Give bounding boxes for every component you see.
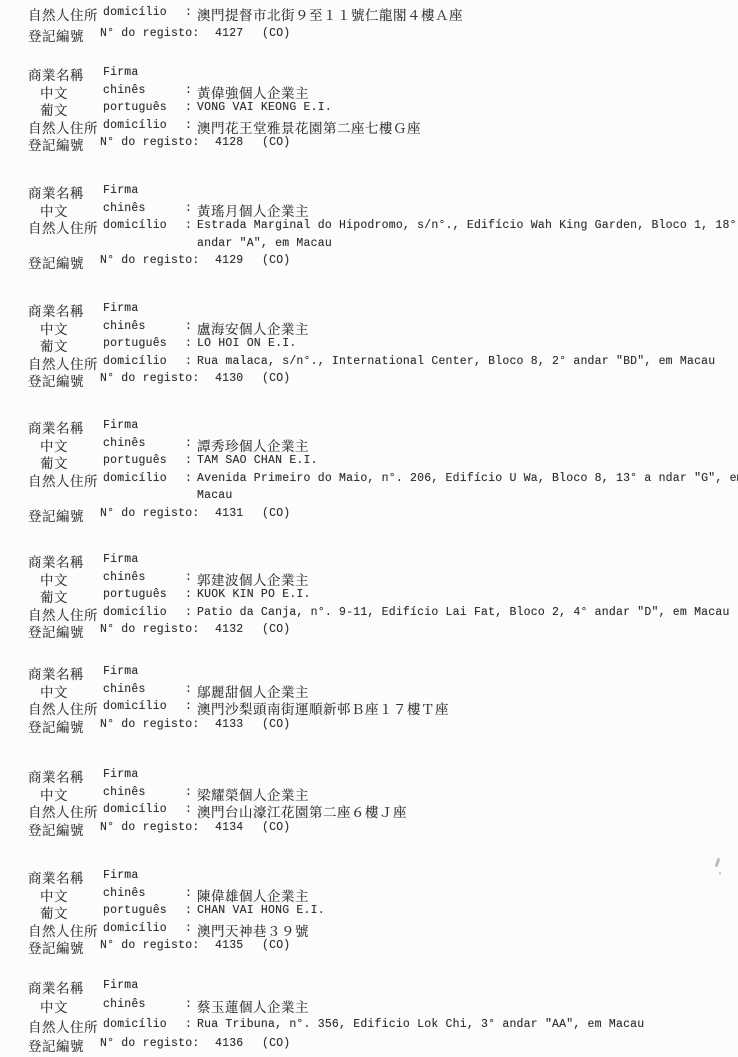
registration-row: 登記編號 N° do registo: 4134 (CO) — [0, 819, 738, 837]
registration-label-zh: 登記編號 — [28, 937, 84, 957]
colon-separator: : — [185, 320, 192, 333]
colon-separator: : — [185, 922, 192, 935]
registration-label-pt: N° do registo: — [100, 507, 199, 520]
registration-label-zh: 登記編號 — [28, 819, 84, 839]
registry-entry: 商業名稱 Firma 中文 chinês : 郭建波個人企業主 葡文 portu… — [0, 551, 738, 639]
business-name-row: 商業名稱 Firma — [0, 182, 738, 200]
business-name-label-pt: Firma — [103, 302, 139, 315]
address-label-pt: domicílio — [103, 6, 167, 19]
registration-row: 登記編號 N° do registo: 4129 (CO) — [0, 252, 738, 270]
address-row: 自然人住所 domicílio : Rua malaca, s/n°., Int… — [0, 353, 738, 371]
portuguese-label-pt: português — [103, 337, 167, 350]
address-row: 自然人住所 domicílio : 澳門花王堂雅景花園第二座七樓Ｇ座 — [0, 117, 738, 135]
registration-type: (CO) — [262, 372, 290, 385]
name-zh-value: 蔡玉蓮個人企業主 — [197, 996, 309, 1016]
address-value: Avenida Primeiro do Maio, n°. 206, Edifí… — [197, 472, 738, 485]
address-value: Patio da Canja, n°. 9-11, Edifício Lai F… — [197, 606, 730, 619]
registration-label-zh: 登記編號 — [28, 252, 84, 272]
address-label-pt: domicílio — [103, 700, 167, 713]
registration-label-pt: N° do registo: — [100, 254, 199, 267]
name-pt-value: KUOK KIN PO E.I. — [197, 588, 311, 601]
colon-separator: : — [185, 683, 192, 696]
name-pt-row: 葡文 português : TAM SAO CHAN E.I. — [0, 452, 738, 470]
registration-label-pt: N° do registo: — [100, 372, 199, 385]
business-name-label-pt: Firma — [103, 768, 139, 781]
name-zh-row: 中文 chinês : 黃偉強個人企業主 — [0, 82, 738, 100]
registration-row: 登記編號 N° do registo: 4130 (CO) — [0, 370, 738, 388]
registration-number: 4127 — [215, 27, 243, 40]
chinese-label-pt: chinês — [103, 571, 146, 584]
registration-label-pt: N° do registo: — [100, 136, 199, 149]
registration-type: (CO) — [262, 1037, 290, 1050]
name-pt-row: 葡文 português : VONG VAI KEONG E.I. — [0, 99, 738, 117]
registration-number: 4132 — [215, 623, 243, 636]
registry-entry: 商業名稱 Firma 中文 chinês : 蔡玉蓮個人企業主 自然人住所 do… — [0, 977, 738, 1055]
name-pt-value: CHAN VAI HONG E.I. — [197, 904, 325, 917]
registration-label-zh: 登記編號 — [28, 1035, 84, 1055]
chinese-label-pt: chinês — [103, 84, 146, 97]
registration-row: 登記編號 N° do registo: 4133 (CO) — [0, 716, 738, 734]
registration-label-zh: 登記編號 — [28, 370, 84, 390]
registration-label-zh: 登記編號 — [28, 716, 84, 736]
registration-number: 4128 — [215, 136, 243, 149]
registration-number: 4131 — [215, 507, 243, 520]
scan-artifact-speck — [719, 872, 721, 875]
address-row: 自然人住所 domicílio : 澳門沙梨頭南街運順新邨Ｂ座１７樓Ｔ座 — [0, 698, 738, 716]
business-name-label-pt: Firma — [103, 184, 139, 197]
colon-separator: : — [185, 101, 192, 114]
name-pt-value: VONG VAI KEONG E.I. — [197, 101, 332, 114]
registration-row: 登記編號 N° do registo: 4128 (CO) — [0, 134, 738, 152]
address-label-zh: 自然人住所 — [28, 4, 98, 24]
name-pt-row: 葡文 português : CHAN VAI HONG E.I. — [0, 902, 738, 920]
name-pt-value: TAM SAO CHAN E.I. — [197, 454, 318, 467]
registration-label-zh: 登記編號 — [28, 505, 84, 525]
address-value-continued: andar "A", em Macau — [197, 237, 332, 250]
colon-separator: : — [185, 887, 192, 900]
registry-entry: 商業名稱 Firma 中文 chinês : 鄔麗甜個人企業主 自然人住所 do… — [0, 663, 738, 733]
address-label-zh: 自然人住所 — [28, 1016, 98, 1036]
registration-type: (CO) — [262, 623, 290, 636]
business-name-label-pt: Firma — [103, 419, 139, 432]
colon-separator: : — [185, 6, 192, 19]
business-name-label-pt: Firma — [103, 553, 139, 566]
registration-type: (CO) — [262, 939, 290, 952]
address-value: Estrada Marginal do Hipodromo, s/n°., Ed… — [197, 219, 737, 232]
colon-separator: : — [185, 571, 192, 584]
registration-row: 登記編號 N° do registo: 4135 (CO) — [0, 937, 738, 955]
address-continuation-row: andar "A", em Macau — [0, 235, 738, 253]
business-name-label-pt: Firma — [103, 979, 139, 992]
name-zh-row: 中文 chinês : 陳偉雄個人企業主 — [0, 885, 738, 903]
name-zh-row: 中文 chinês : 郭建波個人企業主 — [0, 569, 738, 587]
registration-number: 4129 — [215, 254, 243, 267]
registration-row: 登記編號 N° do registo: 4136 (CO) — [0, 1035, 738, 1054]
colon-separator: : — [185, 588, 192, 601]
registration-row: 登記編號 N° do registo: 4127 (CO) — [0, 25, 738, 46]
address-row: 自然人住所 domicílio : Rua Tribuna, n°. 356, … — [0, 1016, 738, 1035]
colon-separator: : — [185, 786, 192, 799]
name-pt-row: 葡文 português : LO HOI ON E.I. — [0, 335, 738, 353]
colon-separator: : — [185, 84, 192, 97]
colon-separator: : — [185, 454, 192, 467]
chinese-label-pt: chinês — [103, 437, 146, 450]
chinese-label-zh: 中文 — [40, 996, 68, 1016]
address-row: 自然人住所 domicílio : Estrada Marginal do Hi… — [0, 217, 738, 235]
address-label-pt: domicílio — [103, 355, 167, 368]
business-name-row: 商業名稱 Firma — [0, 766, 738, 784]
colon-separator: : — [185, 437, 192, 450]
colon-separator: : — [185, 337, 192, 350]
registration-label-pt: N° do registo: — [100, 718, 199, 731]
name-zh-row: 中文 chinês : 鄔麗甜個人企業主 — [0, 681, 738, 699]
registration-number: 4130 — [215, 372, 243, 385]
business-name-row: 商業名稱 Firma — [0, 977, 738, 996]
business-name-row: 商業名稱 Firma — [0, 867, 738, 885]
business-name-label-pt: Firma — [103, 665, 139, 678]
colon-separator: : — [185, 998, 192, 1011]
address-label-pt: domicílio — [103, 119, 167, 132]
address-row: 自然人住所 domicílio : Patio da Canja, n°. 9-… — [0, 604, 738, 622]
registration-number: 4136 — [215, 1037, 243, 1050]
name-zh-row: 中文 chinês : 梁耀榮個人企業主 — [0, 784, 738, 802]
name-zh-row: 中文 chinês : 蔡玉蓮個人企業主 — [0, 996, 738, 1015]
address-value-continued: Macau — [197, 489, 233, 502]
registration-label-zh: 登記編號 — [28, 25, 84, 45]
registration-type: (CO) — [262, 136, 290, 149]
portuguese-label-pt: português — [103, 588, 167, 601]
colon-separator: : — [185, 119, 192, 132]
registration-label-zh: 登記編號 — [28, 621, 84, 641]
address-label-pt: domicílio — [103, 606, 167, 619]
portuguese-label-pt: português — [103, 101, 167, 114]
registry-entry: 商業名稱 Firma 中文 chinês : 盧海安個人企業主 葡文 portu… — [0, 300, 738, 388]
portuguese-label-pt: português — [103, 904, 167, 917]
colon-separator: : — [185, 202, 192, 215]
chinese-label-pt: chinês — [103, 202, 146, 215]
address-value: 澳門提督市北街９至１１號仁龍閣４樓Ａ座 — [197, 4, 463, 24]
registry-entry: 商業名稱 Firma 中文 chinês : 梁耀榮個人企業主 自然人住所 do… — [0, 766, 738, 836]
chinese-label-pt: chinês — [103, 887, 146, 900]
address-row: 自然人住所 domicílio : 澳門提督市北街９至１１號仁龍閣４樓Ａ座 — [0, 4, 738, 25]
colon-separator: : — [185, 803, 192, 816]
name-zh-row: 中文 chinês : 盧海安個人企業主 — [0, 318, 738, 336]
business-name-row: 商業名稱 Firma — [0, 551, 738, 569]
address-row: 自然人住所 domicílio : 澳門天神巷３９號 — [0, 920, 738, 938]
registration-number: 4134 — [215, 821, 243, 834]
name-pt-value: LO HOI ON E.I. — [197, 337, 296, 350]
registration-type: (CO) — [262, 27, 290, 40]
business-name-row: 商業名稱 Firma — [0, 417, 738, 435]
address-value: Rua Tribuna, n°. 356, Edificio Lok Chi, … — [197, 1018, 644, 1031]
registration-number: 4135 — [215, 939, 243, 952]
colon-separator: : — [185, 355, 192, 368]
chinese-label-pt: chinês — [103, 786, 146, 799]
registry-entry: 商業名稱 Firma 中文 chinês : 陳偉雄個人企業主 葡文 portu… — [0, 867, 738, 955]
registration-type: (CO) — [262, 718, 290, 731]
registration-row: 登記編號 N° do registo: 4132 (CO) — [0, 621, 738, 639]
registration-label-pt: N° do registo: — [100, 821, 199, 834]
registration-type: (CO) — [262, 254, 290, 267]
business-name-row: 商業名稱 Firma — [0, 300, 738, 318]
portuguese-label-pt: português — [103, 454, 167, 467]
registration-label-pt: N° do registo: — [100, 1037, 199, 1050]
colon-separator: : — [185, 472, 192, 485]
colon-separator: : — [185, 700, 192, 713]
address-value: Rua malaca, s/n°., International Center,… — [197, 355, 715, 368]
name-pt-row: 葡文 português : KUOK KIN PO E.I. — [0, 586, 738, 604]
registration-label-pt: N° do registo: — [100, 939, 199, 952]
name-zh-row: 中文 chinês : 黃瑤月個人企業主 — [0, 200, 738, 218]
address-continuation-row: Macau — [0, 487, 738, 505]
address-label-pt: domicílio — [103, 803, 167, 816]
business-name-label-zh: 商業名稱 — [28, 977, 84, 997]
registry-entry: 商業名稱 Firma 中文 chinês : 譚秀珍個人企業主 葡文 portu… — [0, 417, 738, 522]
registration-type: (CO) — [262, 821, 290, 834]
registry-document-page: 自然人住所 domicílio : 澳門提督市北街９至１１號仁龍閣４樓Ａ座 登記… — [0, 0, 738, 1057]
business-name-row: 商業名稱 Firma — [0, 64, 738, 82]
registration-row: 登記編號 N° do registo: 4131 (CO) — [0, 505, 738, 523]
colon-separator: : — [185, 219, 192, 232]
scan-artifact-mark — [715, 858, 721, 867]
registration-type: (CO) — [262, 507, 290, 520]
registry-entry: 商業名稱 Firma 中文 chinês : 黃偉強個人企業主 葡文 portu… — [0, 64, 738, 152]
address-row: 自然人住所 domicílio : 澳門台山濠江花園第二座６樓Ｊ座 — [0, 801, 738, 819]
chinese-label-pt: chinês — [103, 998, 146, 1011]
registry-entry: 自然人住所 domicílio : 澳門提督市北街９至１１號仁龍閣４樓Ａ座 登記… — [0, 4, 738, 46]
registration-number: 4133 — [215, 718, 243, 731]
name-zh-row: 中文 chinês : 譚秀珍個人企業主 — [0, 435, 738, 453]
address-label-pt: domicílio — [103, 472, 167, 485]
business-name-label-pt: Firma — [103, 66, 139, 79]
business-name-row: 商業名稱 Firma — [0, 663, 738, 681]
address-label-pt: domicílio — [103, 922, 167, 935]
colon-separator: : — [185, 1018, 192, 1031]
registration-label-pt: N° do registo: — [100, 623, 199, 636]
address-row: 自然人住所 domicílio : Avenida Primeiro do Ma… — [0, 470, 738, 488]
chinese-label-pt: chinês — [103, 683, 146, 696]
registry-entry: 商業名稱 Firma 中文 chinês : 黃瑤月個人企業主 自然人住所 do… — [0, 182, 738, 270]
colon-separator: : — [185, 606, 192, 619]
business-name-label-pt: Firma — [103, 869, 139, 882]
registration-label-zh: 登記編號 — [28, 134, 84, 154]
address-label-pt: domicílio — [103, 219, 167, 232]
address-label-pt: domicílio — [103, 1018, 167, 1031]
registration-label-pt: N° do registo: — [100, 27, 199, 40]
colon-separator: : — [185, 904, 192, 917]
chinese-label-pt: chinês — [103, 320, 146, 333]
